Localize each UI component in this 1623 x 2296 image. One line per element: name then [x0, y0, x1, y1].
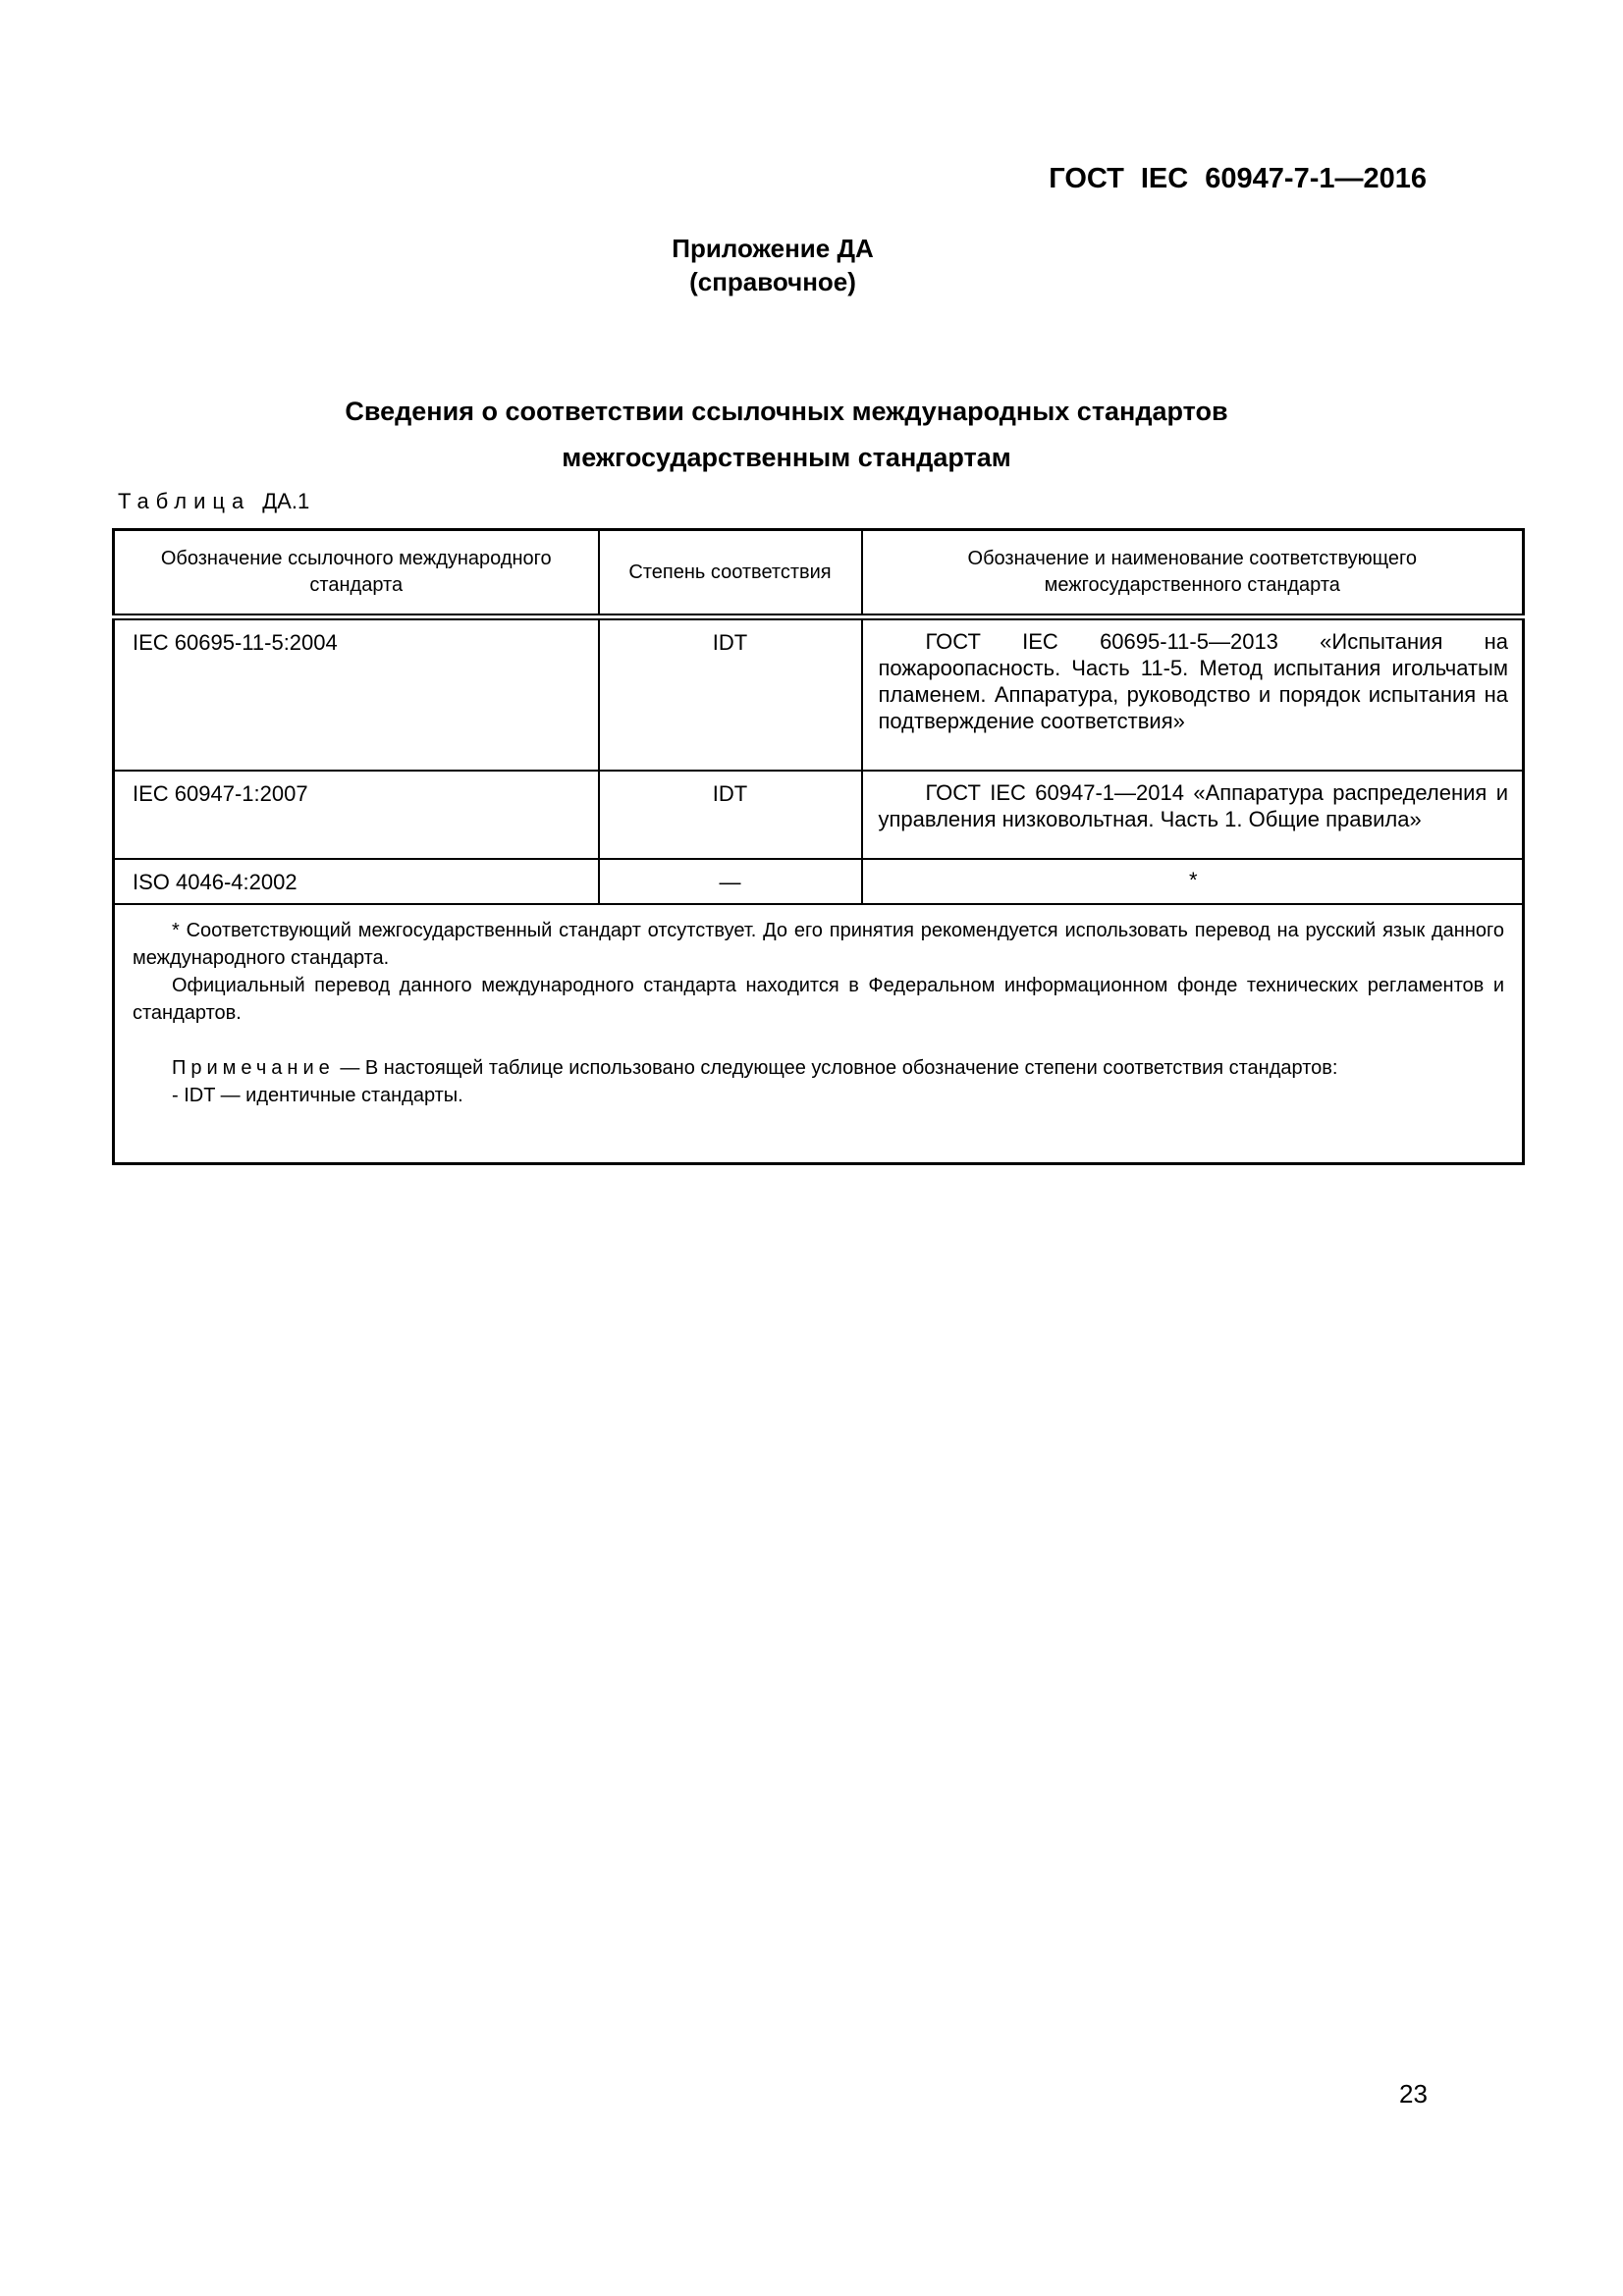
interstate-standard-cell: ГОСТ IEC 60947-1—2014 «Аппаратура распре…	[862, 771, 1524, 859]
table-header-row: Обозначение ссылочного международного ст…	[114, 530, 1524, 617]
reference-standard-cell: IEC 60947-1:2007	[114, 771, 599, 859]
table-note: Примечание — В настоящей таблице использ…	[133, 1054, 1504, 1082]
interstate-standard-cell: *	[862, 859, 1524, 904]
interstate-standard-text: ГОСТ IEC 60947-1—2014 «Аппаратура распре…	[879, 779, 1509, 832]
correspondence-table: Обозначение ссылочного международного ст…	[112, 528, 1525, 1165]
degree-cell: —	[599, 859, 862, 904]
note-list-item: - IDT — идентичные стандарты.	[133, 1082, 1504, 1109]
table-caption-label: Таблица	[118, 489, 250, 513]
note-text: — В настоящей таблице использовано следу…	[335, 1057, 1338, 1079]
table-row: IEC 60695-11-5:2004 IDT ГОСТ IEC 60695-1…	[114, 617, 1524, 771]
footnote-paragraph-2: Официальный перевод данного международно…	[133, 972, 1504, 1027]
interstate-standard-cell: ГОСТ IEC 60695-11-5—2013 «Испытания на п…	[862, 617, 1524, 771]
table-footnote-row: * Соответствующий межгосударственный ста…	[114, 904, 1524, 1164]
appendix-title: Приложение ДА	[110, 232, 1435, 265]
section-title: Сведения о соответствии ссылочных междун…	[110, 389, 1463, 481]
appendix-subtitle: (справочное)	[110, 265, 1435, 298]
footnote-paragraph-1: * Соответствующий межгосударственный ста…	[133, 917, 1504, 972]
document-page: ГОСТ IEC 60947-7-1—2016 Приложение ДА (с…	[0, 0, 1623, 2296]
section-title-line1: Сведения о соответствии ссылочных междун…	[110, 389, 1463, 435]
table-row: IEC 60947-1:2007 IDT ГОСТ IEC 60947-1—20…	[114, 771, 1524, 859]
table-row: ISO 4046-4:2002 — *	[114, 859, 1524, 904]
table-caption-number: ДА.1	[262, 489, 309, 513]
degree-cell: IDT	[599, 771, 862, 859]
page-number: 23	[1399, 2079, 1428, 2109]
reference-standard-cell: IEC 60695-11-5:2004	[114, 617, 599, 771]
running-header: ГОСТ IEC 60947-7-1—2016	[1049, 163, 1427, 195]
note-label: Примечание	[172, 1057, 335, 1079]
col-header-reference-standard: Обозначение ссылочного международного ст…	[114, 530, 599, 617]
reference-standard-cell: ISO 4046-4:2002	[114, 859, 599, 904]
degree-cell: IDT	[599, 617, 862, 771]
col-header-interstate-standard: Обозначение и наименование соответствующ…	[862, 530, 1524, 617]
col-header-degree-of-correspondence: Степень соответствия	[599, 530, 862, 617]
table-caption: ТаблицаДА.1	[118, 489, 309, 514]
interstate-standard-text: ГОСТ IEC 60695-11-5—2013 «Испытания на п…	[879, 628, 1509, 734]
appendix-heading: Приложение ДА (справочное)	[110, 232, 1435, 298]
footnote-cell: * Соответствующий межгосударственный ста…	[114, 904, 1524, 1164]
section-title-line2: межгосударственным стандартам	[110, 435, 1463, 481]
